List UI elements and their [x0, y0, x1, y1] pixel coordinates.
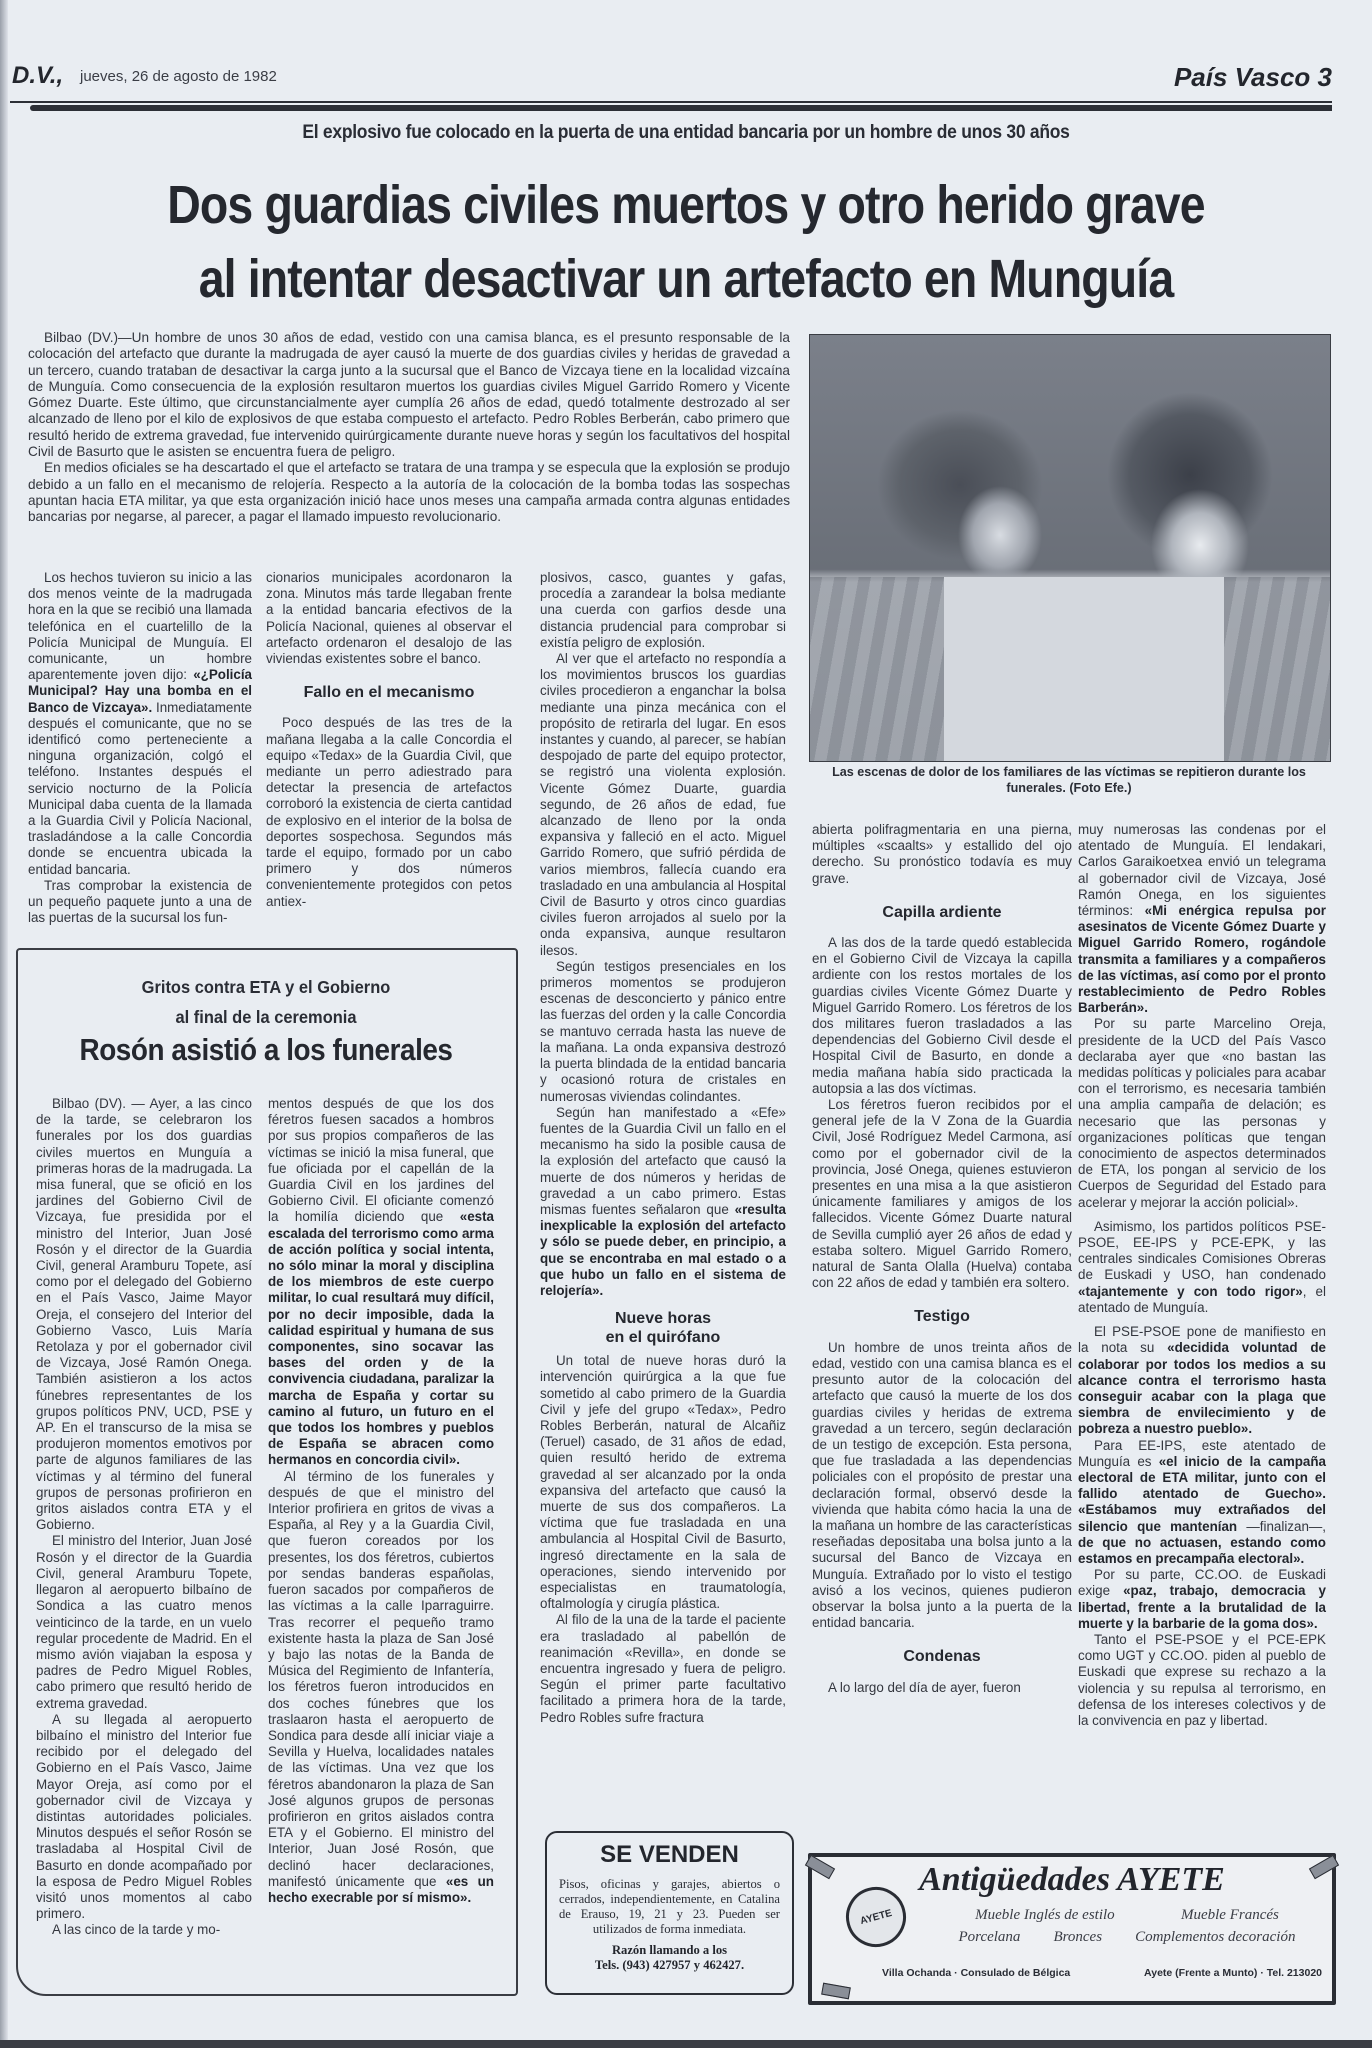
- main-story-column-2: cionarios municipales acordonaron la zon…: [266, 570, 512, 910]
- main-headline: Dos guardias civiles muertos y otro heri…: [96, 168, 1276, 316]
- body-paragraph: Según testigos presenciales en los prime…: [540, 959, 786, 1105]
- body-paragraph: Poco después de las tres de la mañana ll…: [266, 715, 512, 909]
- body-paragraph: A las dos de la tarde quedó establecida …: [812, 935, 1072, 1097]
- body-paragraph: Tanto el PSE-PSOE y el PCE-EPK como UGT …: [1078, 1632, 1326, 1729]
- body-paragraph: Tras comprobar la existencia de un peque…: [28, 878, 252, 927]
- body-paragraph: Al término de los funerales y después de…: [268, 1469, 494, 1906]
- ad-product-line: Porcelana Bronces Complementos decoració…: [942, 1929, 1312, 1946]
- subheading: Condenas: [812, 1649, 1072, 1665]
- ad-body: Pisos, oficinas y garajes, abiertos o ce…: [559, 1877, 780, 1937]
- body-paragraph: Un total de nueve horas duró la interven…: [540, 1353, 786, 1612]
- main-story-column-5: muy numerosas las condenas por el atenta…: [1078, 822, 1326, 1729]
- body-paragraph: Por su parte, CC.OO. de Euskadi exige «p…: [1078, 1567, 1326, 1632]
- side-story-headline: Rosón asistió a los funerales: [41, 1032, 491, 1068]
- issue-date: jueves, 26 de agosto de 1982: [80, 68, 277, 85]
- body-paragraph: Al ver que el artefacto no respondía a l…: [540, 651, 786, 959]
- body-paragraph: Al filo de la una de la tarde el pacient…: [540, 1612, 786, 1725]
- body-paragraph: cionarios municipales acordonaron la zon…: [266, 570, 512, 667]
- ad-product-line: Mueble Inglés de estilo Mueble Francés: [942, 1907, 1312, 1924]
- body-paragraph: Según han manifestado a «Efe» fuentes de…: [540, 1105, 786, 1299]
- main-story-column-4: abierta polifragmentaria en una pierna, …: [812, 822, 1072, 1696]
- body-paragraph: plosivos, casco, guantes y gafas, proced…: [540, 570, 786, 651]
- body-paragraph: Los féretros fueron recibidos por el gen…: [812, 1097, 1072, 1291]
- subheading: Testigo: [812, 1309, 1072, 1325]
- news-photo: [809, 334, 1331, 762]
- newspaper-logo: D.V.,: [12, 62, 63, 90]
- lead-paragraph: Bilbao (DV.)—Un hombre de unos 30 años d…: [28, 330, 790, 460]
- ad-title: SE VENDEN: [547, 1841, 792, 1869]
- ad-address: Villa Ochanda · Consulado de Bélgica Aye…: [882, 1967, 1322, 1979]
- main-story-lead: Bilbao (DV.)—Un hombre de unos 30 años d…: [28, 330, 790, 526]
- body-paragraph: mentos después de que los dos féretros f…: [268, 1096, 494, 1469]
- quote: «esta escalada del terrorismo como arma …: [268, 1209, 494, 1467]
- body-paragraph: Por su parte Marcelino Oreja, presidente…: [1078, 1016, 1326, 1210]
- quote: de que no actuasen, estando como estamos…: [1078, 1535, 1326, 1566]
- body-paragraph: Bilbao (DV). — Ayer, a las cinco de la t…: [36, 1096, 252, 1533]
- body-paragraph: A su llegada al aeropuerto bilbaíno el m…: [36, 1712, 252, 1923]
- page-edge-bottom: [0, 2040, 1372, 2048]
- main-headline-line2: al intentar desactivar un artefacto en M…: [96, 242, 1276, 316]
- subheading: Fallo en el mecanismo: [266, 685, 512, 701]
- main-story-column-3: plosivos, casco, guantes y gafas, proced…: [540, 570, 786, 1726]
- body-paragraph: Asimismo, los partidos políticos PSE-PSO…: [1078, 1219, 1326, 1316]
- photo-flag: [944, 577, 1224, 761]
- lead-paragraph: En medios oficiales se ha descartado el …: [28, 460, 790, 525]
- body-paragraph: A lo largo del día de ayer, fueron: [812, 1680, 1072, 1696]
- body-paragraph: A las cinco de la tarde y mo-: [36, 1922, 252, 1938]
- photo-caption: Las escenas de dolor de los familiares d…: [806, 764, 1332, 796]
- quote: «tajantemente y con todo rigor»: [1078, 1284, 1303, 1299]
- body-paragraph: Los hechos tuvieron su inicio a las dos …: [28, 570, 252, 878]
- side-story-kicker: Gritos contra ETA y el Gobierno al final…: [31, 972, 501, 1032]
- subheading: Nueve horas en el quirófano: [540, 1309, 786, 1347]
- section-page-label: País Vasco 3: [1174, 62, 1332, 93]
- side-story-column-2: mentos después de que los dos féretros f…: [268, 1096, 494, 1906]
- classified-ad-se-venden: SE VENDEN Pisos, oficinas y garajes, abi…: [545, 1831, 794, 1995]
- body-paragraph: El ministro del Interior, Juan José Rosó…: [36, 1533, 252, 1711]
- main-headline-line1: Dos guardias civiles muertos y otro heri…: [96, 168, 1276, 242]
- ad-contact: Razón llamando a los Tels. (943) 427957 …: [547, 1943, 792, 1973]
- side-story-column-1: Bilbao (DV). — Ayer, a las cinco de la t…: [36, 1096, 252, 1939]
- masthead-rule-thick: [30, 105, 1332, 111]
- body-paragraph: abierta polifragmentaria en una pierna, …: [812, 822, 1072, 887]
- body-paragraph: Para EE-IPS, este atentado de Munguía es…: [1078, 1438, 1326, 1568]
- display-ad-antiguedades-ayete: Antigüedades AYETE AYETE Mueble Inglés d…: [808, 1853, 1336, 2005]
- subheading: Capilla ardiente: [812, 905, 1072, 921]
- main-story-kicker: El explosivo fue colocado en la puerta d…: [55, 122, 1317, 144]
- quote: «Mi enérgica repulsa por asesinatos de V…: [1078, 903, 1326, 1015]
- body-paragraph: muy numerosas las condenas por el atenta…: [1078, 822, 1326, 1016]
- body-paragraph: El PSE-PSOE pone de manifiesto en la not…: [1078, 1324, 1326, 1437]
- masthead-rule: [10, 101, 1332, 103]
- newspaper-page: D.V., jueves, 26 de agosto de 1982 País …: [0, 0, 1372, 2048]
- scroll-corner-icon: [821, 1983, 851, 2000]
- body-paragraph: Un hombre de unos treinta años de edad, …: [812, 1340, 1072, 1632]
- main-story-column-1: Los hechos tuvieron su inicio a las dos …: [28, 570, 252, 926]
- page-edge-shadow: [0, 0, 8, 2048]
